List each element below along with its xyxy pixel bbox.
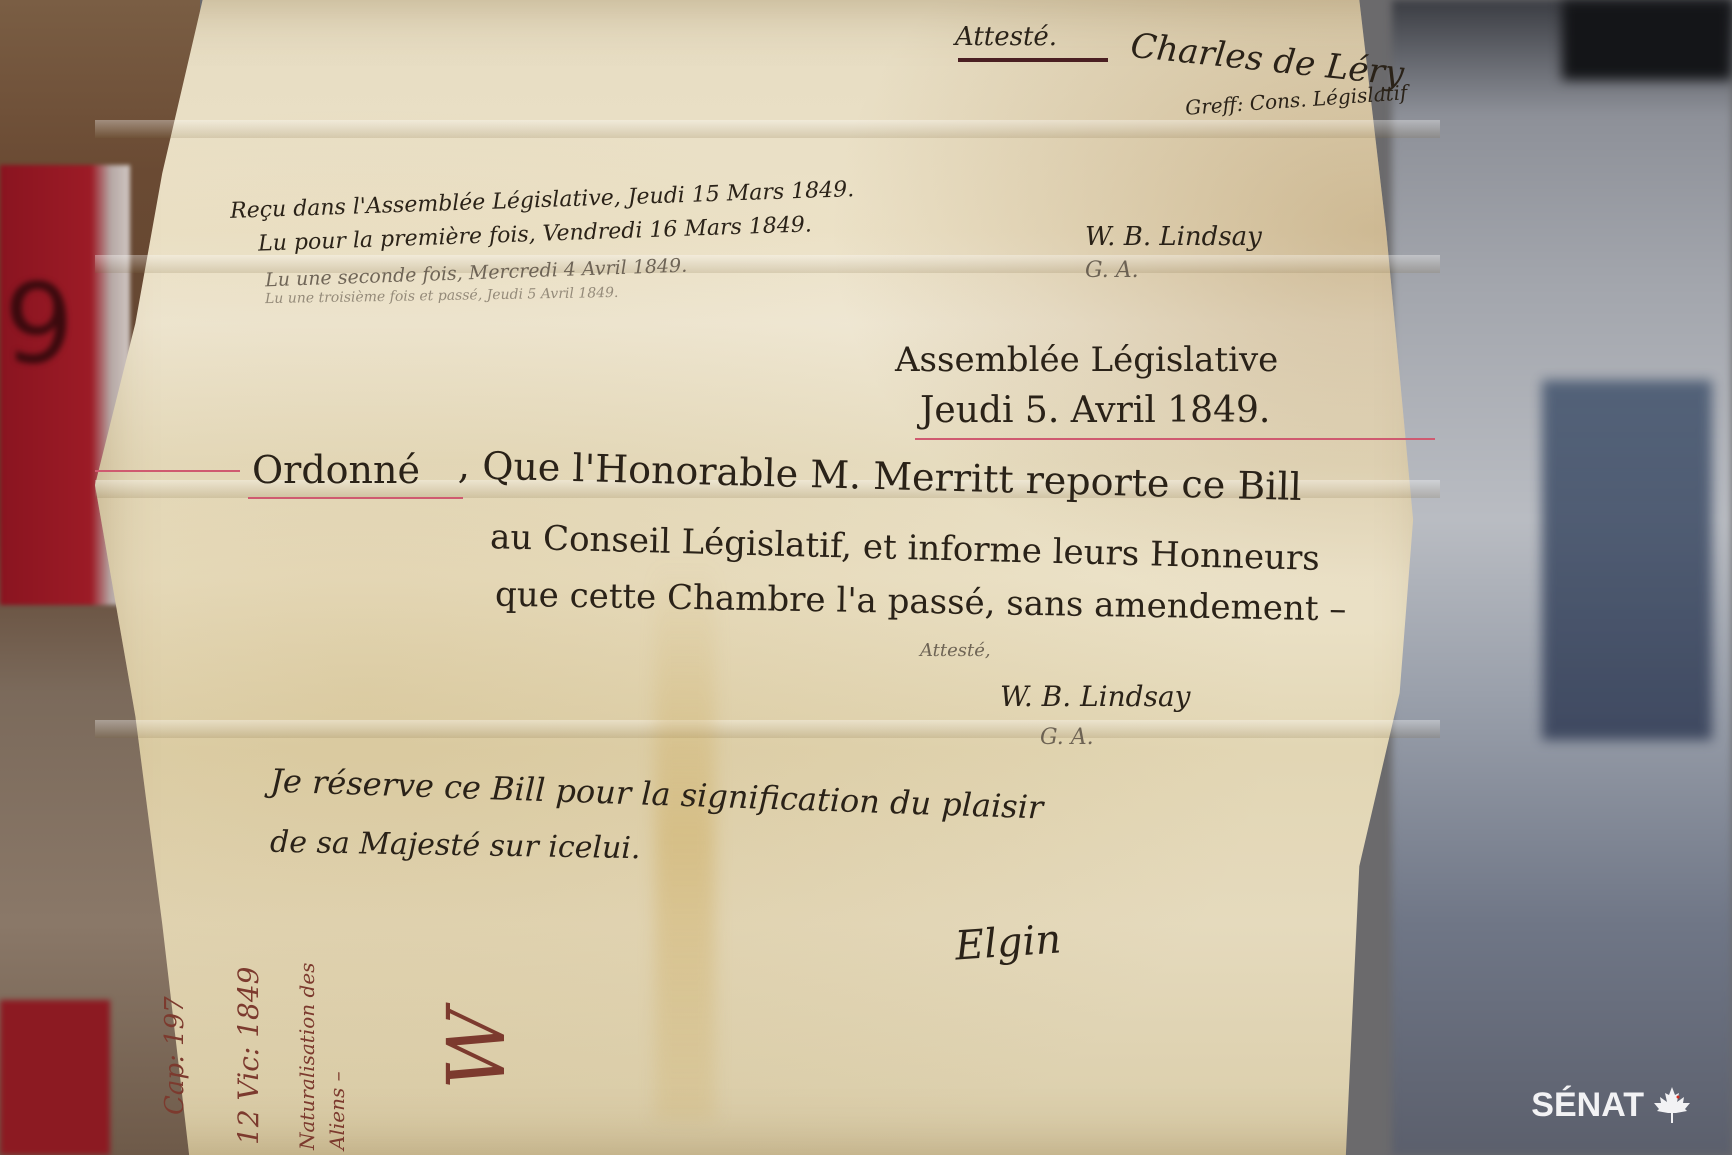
assembly-signature-title: G. A.	[1085, 258, 1139, 283]
heading-assembly: Assemblée Législative	[895, 340, 1278, 380]
governor-signature: Elgin	[954, 916, 1063, 969]
second-attest-label: Attesté,	[920, 640, 991, 661]
second-attest-signature: W. B. Lindsay	[1000, 680, 1190, 713]
heading-red-rule	[915, 438, 1435, 440]
margin-note-initials: W	[430, 1008, 523, 1090]
water-stain	[655, 560, 715, 1120]
heading-date: Jeudi 5. Avril 1849.	[920, 390, 1270, 431]
maple-leaf-icon	[1652, 1085, 1692, 1125]
reservation-line-2: de sa Majesté sur icelui.	[270, 825, 641, 866]
fold-line	[95, 120, 1440, 138]
margin-red-rule	[95, 470, 240, 472]
background-dark-corner	[1562, 0, 1732, 80]
assembly-signature: W. B. Lindsay	[1085, 222, 1262, 252]
logo-text: SÉNAT	[1531, 1086, 1644, 1125]
margin-note-subject-1: Naturalisation des	[295, 963, 319, 1150]
fold-line	[95, 720, 1440, 738]
background-red-box-lower	[0, 1000, 110, 1155]
senat-logo: SÉNAT	[1531, 1085, 1692, 1125]
top-attest-label: Attesté.	[955, 22, 1057, 52]
order-keyword: Ordonné	[252, 448, 420, 492]
margin-note-regnal: 12 Vic: 1849	[232, 967, 265, 1146]
background-box-number: 9	[4, 260, 74, 388]
margin-note-subject-2: Aliens –	[325, 1071, 349, 1150]
attest-underline	[958, 58, 1108, 62]
order-underline	[248, 497, 463, 499]
margin-note-cap: Cap: 197	[160, 996, 190, 1115]
background-blue-shelf	[1542, 380, 1712, 740]
second-attest-title: G. A.	[1040, 725, 1094, 750]
